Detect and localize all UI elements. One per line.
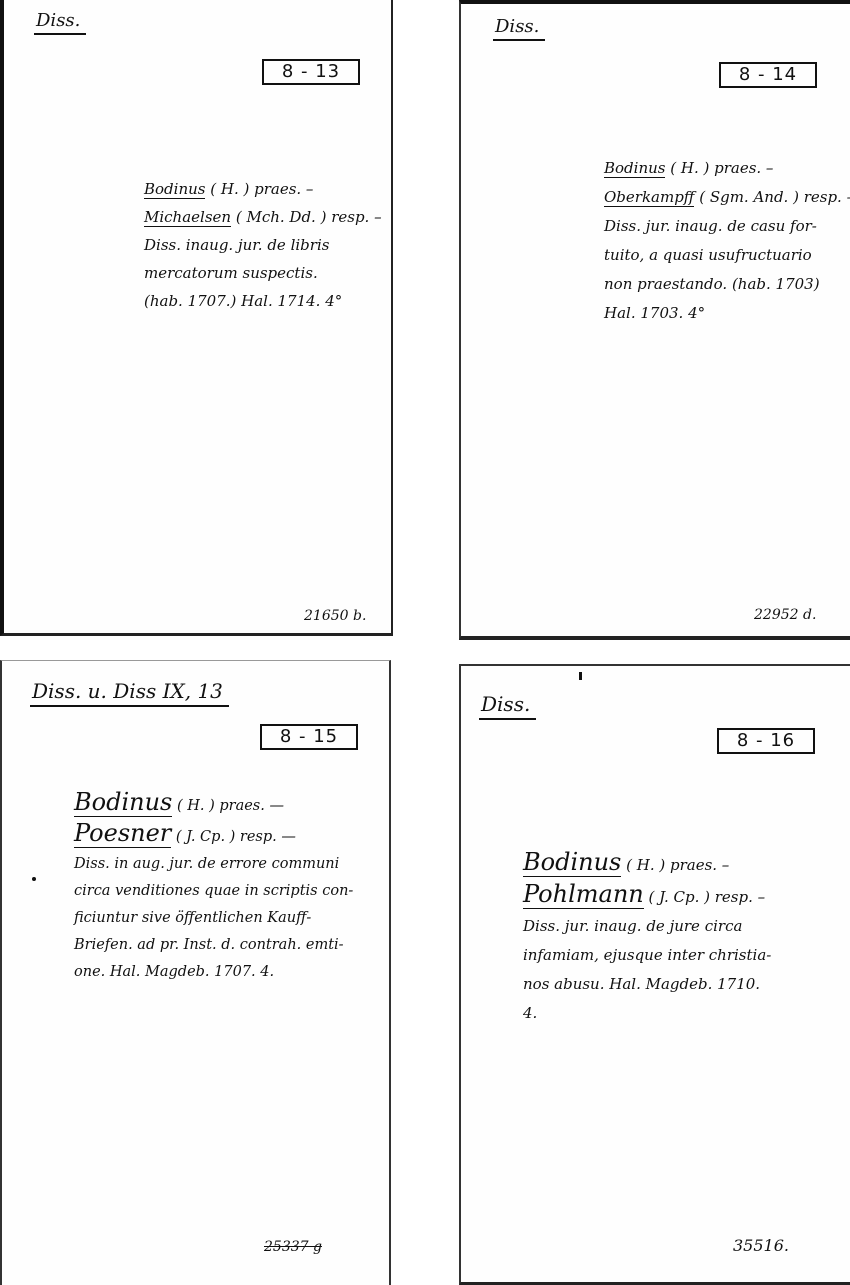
- class-mark: Diss. u. Diss IX, 13: [30, 679, 229, 707]
- title-line: Diss. inaug. jur. de libris: [144, 231, 382, 259]
- accession-number: 21650 b.: [304, 608, 366, 624]
- imprint-line: Hal. 1703. 4°: [604, 299, 850, 328]
- ink-mark: [579, 672, 582, 680]
- praeses-line: Bodinus ( H. ) praes. –: [604, 154, 850, 183]
- imprint-line: one. Hal. Magdeb. 1707. 4.: [74, 959, 353, 986]
- accession-number-struck: 25337 g: [264, 1239, 322, 1255]
- catalog-card-8-16: Diss. 8 - 16 Bodinus ( H. ) praes. – Poh…: [459, 664, 850, 1285]
- shelf-mark: 8 - 16: [717, 728, 815, 754]
- title-line: Briefen. ad pr. Inst. d. contrah. emti-: [74, 932, 353, 959]
- imprint-line: nos abusu. Hal. Magdeb. 1710.: [523, 970, 771, 999]
- praeses-name: Bodinus: [74, 788, 172, 817]
- respondent-line: Poesner ( J. Cp. ) resp. —: [74, 820, 353, 851]
- title-line: Diss. in aug. jur. de errore communi: [74, 851, 353, 878]
- bibliographic-entry: Bodinus ( H. ) praes. – Oberkampff ( Sgm…: [604, 154, 850, 328]
- ink-dot: [32, 877, 36, 881]
- class-mark: Diss.: [34, 10, 86, 35]
- praeses-line: Bodinus ( H. ) praes. –: [144, 175, 382, 203]
- respondent-name: Michaelsen: [144, 208, 231, 227]
- title-line: mercatorum suspectis.: [144, 259, 382, 287]
- bibliographic-entry: Bodinus ( H. ) praes. – Pohlmann ( J. Cp…: [523, 848, 771, 1028]
- catalog-card-8-13: Diss. 8 - 13 Bodinus ( H. ) praes. – Mic…: [0, 0, 393, 636]
- accession-number: 35516.: [733, 1236, 789, 1255]
- title-line: non praestando. (hab. 1703): [604, 270, 850, 299]
- respondent-line: Pohlmann ( J. Cp. ) resp. –: [523, 880, 771, 912]
- respondent-line: Michaelsen ( Mch. Dd. ) resp. –: [144, 203, 382, 231]
- praeses-line: Bodinus ( H. ) praes. –: [523, 848, 771, 880]
- praeses-line: Bodinus ( H. ) praes. —: [74, 789, 353, 820]
- accession-number: 22952 d.: [754, 607, 816, 623]
- catalog-card-8-14: Diss. 8 - 14 Bodinus ( H. ) praes. – Obe…: [459, 0, 850, 640]
- format-line: 4.: [523, 999, 771, 1028]
- respondent-name: Poesner: [74, 819, 171, 848]
- shelf-mark: 8 - 13: [262, 59, 360, 85]
- respondent-line: Oberkampff ( Sgm. And. ) resp. –: [604, 183, 850, 212]
- shelf-mark: 8 - 14: [719, 62, 817, 88]
- shelf-mark: 8 - 15: [260, 724, 358, 750]
- title-line: circa venditiones quae in scriptis con-: [74, 878, 353, 905]
- bibliographic-entry: Bodinus ( H. ) praes. – Michaelsen ( Mch…: [144, 175, 382, 315]
- praeses-name: Bodinus: [523, 848, 621, 877]
- praeses-name: Bodinus: [604, 159, 665, 178]
- respondent-name: Oberkampff: [604, 188, 694, 207]
- title-line: Diss. jur. inaug. de casu for-: [604, 212, 850, 241]
- respondent-name: Pohlmann: [523, 880, 644, 909]
- title-line: ficiuntur sive öffentlichen Kauff-: [74, 905, 353, 932]
- title-line: Diss. jur. inaug. de jure circa: [523, 912, 771, 941]
- imprint-line: (hab. 1707.) Hal. 1714. 4°: [144, 287, 382, 315]
- class-mark: Diss.: [479, 692, 536, 720]
- bibliographic-entry: Bodinus ( H. ) praes. — Poesner ( J. Cp.…: [74, 789, 353, 986]
- catalog-card-8-15: Diss. u. Diss IX, 13 8 - 15 Bodinus ( H.…: [0, 660, 391, 1285]
- title-line: infamiam, ejusque inter christia-: [523, 941, 771, 970]
- title-line: tuito, a quasi usufructuario: [604, 241, 850, 270]
- class-mark: Diss.: [493, 16, 545, 41]
- praeses-name: Bodinus: [144, 180, 205, 199]
